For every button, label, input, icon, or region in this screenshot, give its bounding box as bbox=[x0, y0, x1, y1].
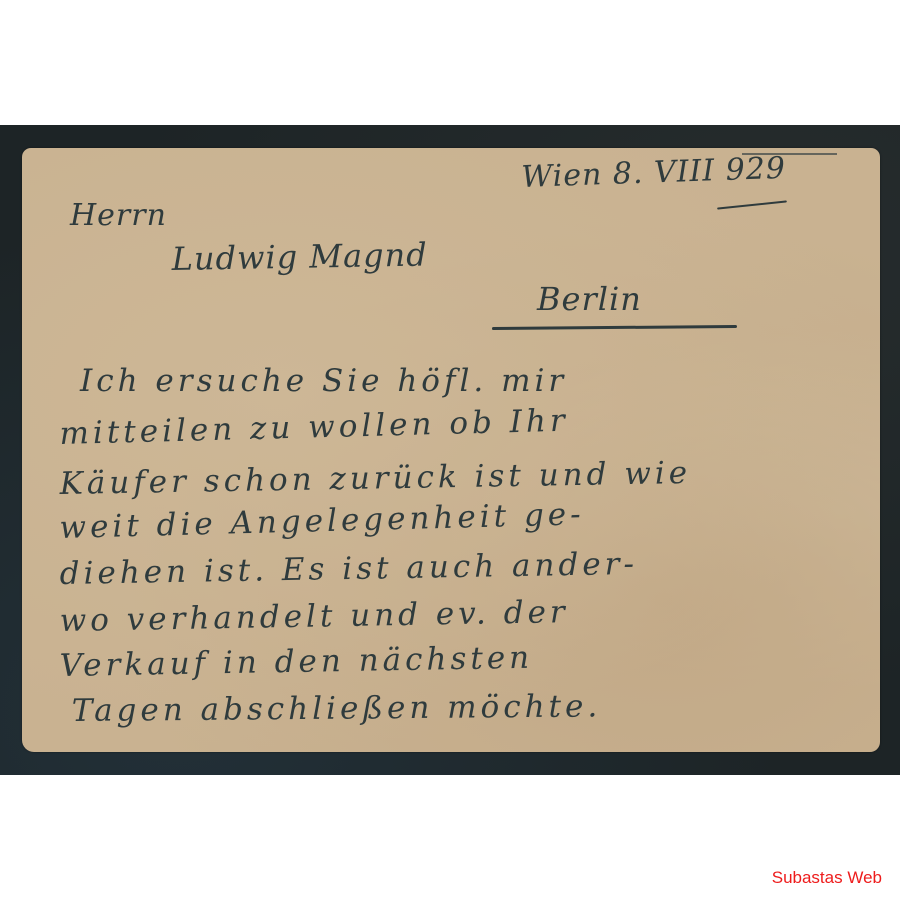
body-line: Tagen abschließen möchte. bbox=[72, 688, 602, 729]
body-line: wo verhandelt und ev. der bbox=[59, 594, 569, 639]
recipient-name: Ludwig Magnd bbox=[171, 236, 428, 278]
city-underline bbox=[492, 325, 737, 330]
body-line: mitteilen zu wollen ob Ihr bbox=[59, 403, 569, 452]
date-underline bbox=[717, 200, 787, 209]
date-line: Wien 8. VIII 929 bbox=[521, 151, 787, 195]
body-line: Ich ersuche Sie höfl. mir bbox=[80, 363, 567, 399]
body-line: diehen ist. Es ist auch ander- bbox=[59, 546, 638, 592]
watermark-text: Subastas Web bbox=[772, 868, 882, 888]
postcard: Wien 8. VIII 929 Herrn Ludwig Magnd Berl… bbox=[22, 148, 880, 752]
body-line: weit die Angelegenheit ge- bbox=[59, 496, 585, 546]
body-line: Käufer schon zurück ist und wie bbox=[59, 455, 691, 502]
salutation: Herrn bbox=[70, 198, 167, 233]
body-line: Verkauf in den nächsten bbox=[59, 640, 533, 684]
recipient-city: Berlin bbox=[537, 280, 642, 318]
